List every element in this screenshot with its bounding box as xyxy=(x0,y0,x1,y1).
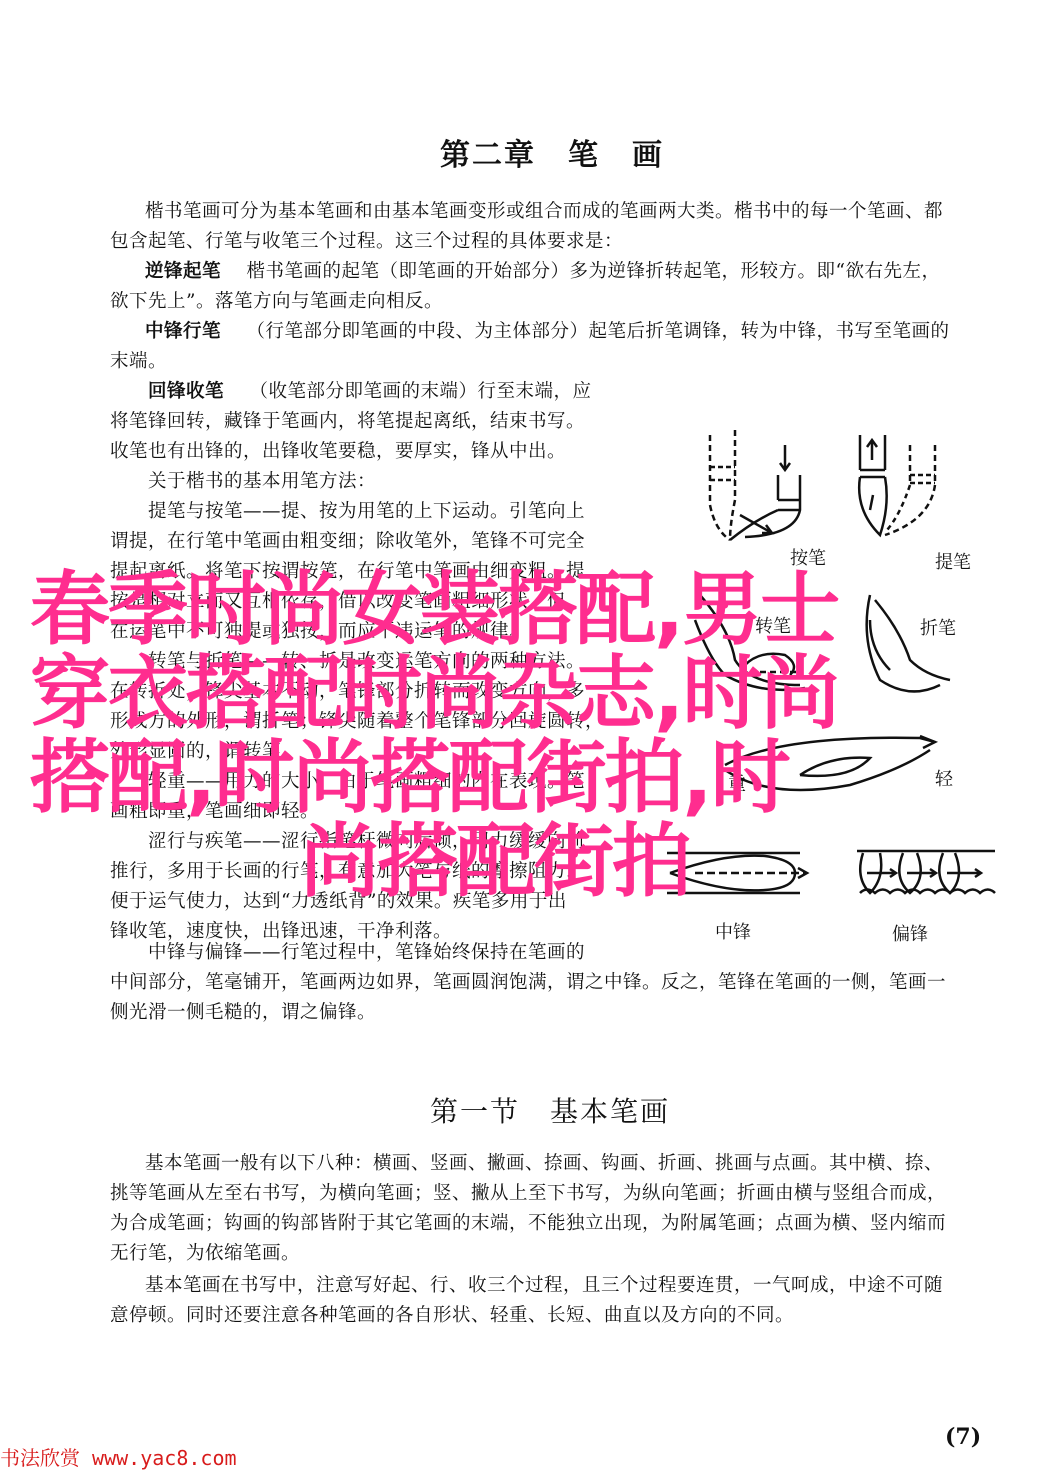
overlay-line-2: 穿衣搭配时尚杂志,时尚 xyxy=(30,652,838,736)
term-shoubi: 回锋收笔 （收笔部分即笔画的末端）行至末端，应 xyxy=(148,383,592,402)
intro-line-2: 包含起笔、行笔与收笔三个过程。这三个过程的具体要求是： xyxy=(110,233,623,252)
footer-site-link[interactable]: 书法欣赏 www.yac8.com xyxy=(0,1442,237,1471)
tibi-diagram-icon xyxy=(855,425,965,545)
term-qibi-label: 逆锋起笔 xyxy=(145,261,221,282)
zhebi-diagram-icon xyxy=(860,590,960,700)
methods-line: 锋收笔，速度快，出锋迅速，干净利落。 xyxy=(110,923,452,942)
overlay-line-3: 搭配,时尚搭配街拍,时 xyxy=(30,736,789,820)
section-title: 第一节 基本笔画 xyxy=(430,1090,670,1130)
page-number: (7) xyxy=(945,1424,981,1450)
term-qibi-text: 楷书笔画的起笔（即笔画的开始部分）多为逆锋折转起笔，形较方。即“欲右先左， xyxy=(247,261,941,282)
term-xingbi-line2: 末端。 xyxy=(110,353,167,372)
section-line: 意停顿。同时还要注意各种笔画的各自形状、轻重、长短、曲直以及方向的不同。 xyxy=(110,1307,794,1326)
methods-line: 关于楷书的基本用笔方法： xyxy=(148,473,376,492)
methods-line: 中间部分，笔毫铺开，笔画两边如界，笔画圆润饱满，谓之中锋。反之，笔锋在笔画的一侧… xyxy=(110,974,946,993)
term-xingbi-text: （行笔部分即笔画的中段、为主体部分）起笔后折笔调锋，转为中锋，书写至笔画的 xyxy=(247,321,950,342)
caption-tibi: 提笔 xyxy=(935,548,971,574)
caption-zhongfeng: 中锋 xyxy=(715,918,751,944)
section-line: 为合成笔画；钩画的钩部皆附于其它笔画的末端，不能独立出现，为附属笔画；点画为横、… xyxy=(110,1215,946,1234)
term-shoubi-label: 回锋收笔 xyxy=(148,381,224,402)
section-line: 无行笔，为依缩笔画。 xyxy=(110,1245,300,1264)
overlay-line-4: 尚搭配街拍 xyxy=(300,820,690,904)
section-line: 基本笔画一般有以下八种：横画、竖画、撇画、捺画、钩画、折画、挑画与点画。其中横、… xyxy=(145,1155,943,1174)
anbi-diagram-icon xyxy=(700,425,810,545)
term-xingbi-label: 中锋行笔 xyxy=(145,321,221,342)
term-shoubi-line3: 收笔也有出锋的，出锋收笔要稳，要厚实，锋从中出。 xyxy=(110,443,566,462)
term-shoubi-line2: 将笔锋回转，藏锋于笔画内，将笔提起离纸，结束书写。 xyxy=(110,413,585,432)
term-qibi-line2: 欲下先上”。落笔方向与笔画走向相反。 xyxy=(110,293,443,312)
caption-qing: 轻 xyxy=(935,765,953,791)
section-line: 挑等笔画从左至右书写，为横向笔画；竖、撇从上至下书写，为纵向笔画；折画由横与竖组… xyxy=(110,1185,946,1204)
methods-line: 提笔与按笔——提、按为用笔的上下运动。引笔向上 xyxy=(148,503,585,522)
chapter-title: 第二章 笔 画 xyxy=(440,130,664,174)
overlay-line-1: 春季时尚女装搭配,男士 xyxy=(30,568,838,652)
term-xingbi: 中锋行笔 （行笔部分即笔画的中段、为主体部分）起笔后折笔调锋，转为中锋，书写至笔… xyxy=(145,323,950,342)
pianfeng-diagram-icon xyxy=(855,848,1005,898)
intro-line-1: 楷书笔画可分为基本笔画和由基本笔画变形或组合而成的笔画两大类。楷书中的每一个笔画… xyxy=(145,203,943,222)
methods-line: 侧光滑一侧毛糙的，谓之偏锋。 xyxy=(110,1004,376,1023)
caption-pianfeng: 偏锋 xyxy=(892,920,928,946)
caption-zhebi: 折笔 xyxy=(920,614,956,640)
term-shoubi-text: （收笔部分即笔画的末端）行至末端，应 xyxy=(250,381,592,402)
term-qibi: 逆锋起笔 楷书笔画的起笔（即笔画的开始部分）多为逆锋折转起笔，形较方。即“欲右先… xyxy=(145,263,941,282)
methods-line: 谓提，在行笔中笔画由粗变细；除收笔外，笔锋不可完全 xyxy=(110,533,585,552)
methods-line: 中锋与偏锋——行笔过程中，笔锋始终保持在笔画的 xyxy=(148,944,585,963)
section-line: 基本笔画在书写中，注意写好起、行、收三个过程，且三个过程要连贯，一气呵成，中途不… xyxy=(145,1277,943,1296)
